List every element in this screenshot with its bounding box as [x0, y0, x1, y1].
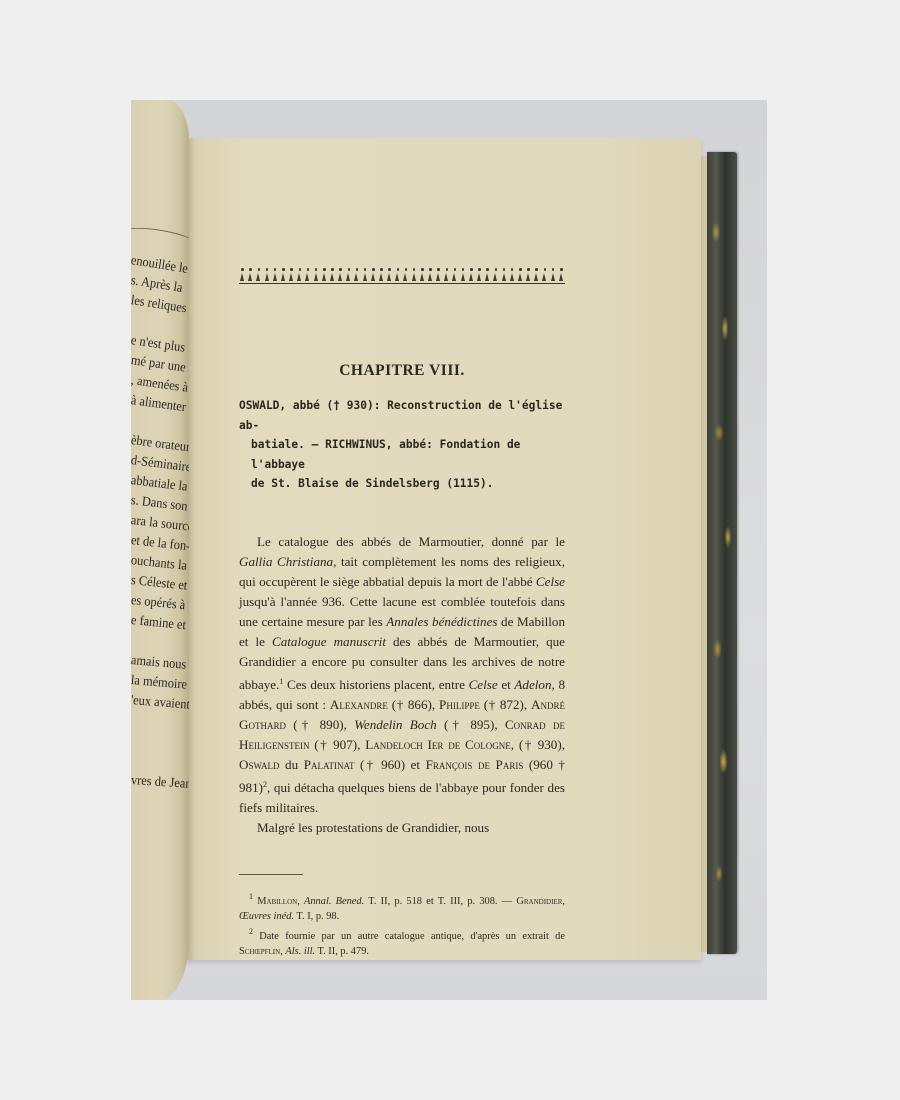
- text-run: T. II, p. 479.: [315, 946, 369, 957]
- footnote-2: 2 Date fournie par un autre catalogue an…: [239, 924, 565, 959]
- smallcaps-name: Schœpflin: [239, 946, 280, 957]
- ornament-motif: [296, 268, 303, 281]
- ornament-motif: [394, 268, 401, 281]
- text-run: Le catalogue des abbés de Marmoutier, do…: [257, 534, 565, 549]
- ornament-motif: [321, 268, 328, 281]
- ornament-motif: [378, 268, 385, 281]
- text-run: T. II, p. 518 et T. III, p. 308. —: [364, 896, 516, 907]
- footnote-divider: [239, 874, 303, 875]
- ornament-motif: [484, 268, 491, 281]
- text-run: ,: [297, 896, 304, 907]
- right-page-content: CHAPITRE VIII. OSWALD, abbé († 930): Rec…: [239, 268, 565, 959]
- chapter-summary: OSWALD, abbé († 930): Reconstruction de …: [239, 396, 565, 494]
- ornament-motif: [451, 268, 458, 281]
- ornament-motif: [419, 268, 426, 281]
- smallcaps-name: Oswald: [239, 757, 279, 772]
- footnote-1: 1 Mabillon, Annal. Bened. T. II, p. 518 …: [239, 889, 565, 924]
- text-run: († 866),: [388, 697, 439, 712]
- italic-name: Celse: [536, 574, 565, 589]
- chapter-title: CHAPITRE VIII.: [239, 362, 565, 380]
- ornament-motif: [337, 268, 344, 281]
- summary-line: batiale. — RICHWINUS, abbé: Fondation de…: [251, 435, 565, 474]
- paragraph-1: Le catalogue des abbés de Marmoutier, do…: [239, 532, 565, 818]
- ornament-motif: [313, 268, 320, 281]
- text-run: Ces deux historiens placent, entre: [283, 677, 468, 692]
- smallcaps-name: Palatinat: [304, 757, 355, 772]
- ornament-motif: [550, 268, 557, 281]
- ornament-motif: [280, 268, 287, 281]
- smallcaps-name: François de Paris: [426, 757, 524, 772]
- body-text: Le catalogue des abbés de Marmoutier, do…: [239, 532, 565, 838]
- book-photo: enouillée les. Après lales reliques e n'…: [131, 100, 767, 1000]
- text-run: († 872),: [480, 697, 531, 712]
- ornament-motif: [501, 268, 508, 281]
- summary-line: de St. Blaise de Sindelsberg (1115).: [251, 474, 565, 494]
- italic-name: Adelon: [514, 677, 551, 692]
- ornament-motif: [492, 268, 499, 281]
- ornament-motif: [435, 268, 442, 281]
- ornament-motif: [476, 268, 483, 281]
- italic-title: Catalogue manuscrit: [272, 634, 386, 649]
- text-run: († 907),: [309, 737, 365, 752]
- ornament-motif: [427, 268, 434, 281]
- text-run: et: [498, 677, 515, 692]
- ornament-motif: [272, 268, 279, 281]
- text-run: († 960) et: [354, 757, 425, 772]
- left-page-text-fragments: enouillée les. Après lales reliques e n'…: [131, 250, 189, 790]
- text-run: Date fournie par un autre catalogue anti…: [253, 931, 565, 942]
- ornament-motif: [353, 268, 360, 281]
- left-page-line: vres de Jean-: [131, 770, 187, 794]
- text-run: , qui détacha quelques biens de l'abbaye…: [239, 780, 565, 815]
- italic-title: Gallia Christiana: [239, 554, 333, 569]
- ornament-motif: [517, 268, 524, 281]
- ornament-motif: [362, 268, 369, 281]
- text-run: , († 930),: [511, 737, 565, 752]
- text-run: ,: [562, 896, 565, 907]
- ornament-motif: [255, 268, 262, 281]
- ornament-motif: [402, 268, 409, 281]
- smallcaps-name: Mabillon: [253, 896, 297, 907]
- ornament-motif: [264, 268, 271, 281]
- marbled-cover-edge: [707, 152, 737, 954]
- decorative-ornament-band: [239, 268, 565, 284]
- ornament-motif: [411, 268, 418, 281]
- ornament-motif: [370, 268, 377, 281]
- text-run: († 890),: [286, 717, 354, 732]
- footnotes: 1 Mabillon, Annal. Bened. T. II, p. 518 …: [239, 889, 565, 959]
- ornament-motif: [386, 268, 393, 281]
- ornament-motif: [541, 268, 548, 281]
- italic-name: Wendelin Boch: [354, 717, 436, 732]
- italic-title: Œuvres inéd.: [239, 911, 294, 922]
- ornament-motif: [509, 268, 516, 281]
- italic-name: Celse: [469, 677, 498, 692]
- ornament-motif: [525, 268, 532, 281]
- left-page-curled: enouillée les. Après lales reliques e n'…: [131, 100, 189, 1000]
- smallcaps-name: Alexandre: [330, 697, 388, 712]
- ornament-motif: [468, 268, 475, 281]
- ornament-motif: [443, 268, 450, 281]
- text-run: († 895),: [437, 717, 505, 732]
- ornament-motif: [239, 268, 246, 281]
- text-run: T. I, p. 98.: [294, 911, 339, 922]
- ornament-motif: [533, 268, 540, 281]
- smallcaps-name: Philippe: [439, 697, 480, 712]
- ornament-motif: [304, 268, 311, 281]
- paragraph-2: Malgré les protestations de Grandidier, …: [239, 818, 565, 838]
- smallcaps-name: Grandidier: [516, 896, 562, 907]
- ornament-motif: [288, 268, 295, 281]
- ornament-motif: [460, 268, 467, 281]
- italic-title: Annal. Bened.: [304, 896, 364, 907]
- italic-title: Annales bénédictines: [386, 614, 497, 629]
- text-run: du: [279, 757, 303, 772]
- italic-title: Als. ill.: [285, 946, 315, 957]
- ornament-motif: [247, 268, 254, 281]
- ornament-motif: [345, 268, 352, 281]
- ornament-motif: [558, 268, 565, 281]
- summary-line: OSWALD, abbé († 930): Reconstruction de …: [239, 396, 565, 435]
- smallcaps-name: Landeloch Ier de Cologne: [365, 737, 511, 752]
- ornament-motif: [329, 268, 336, 281]
